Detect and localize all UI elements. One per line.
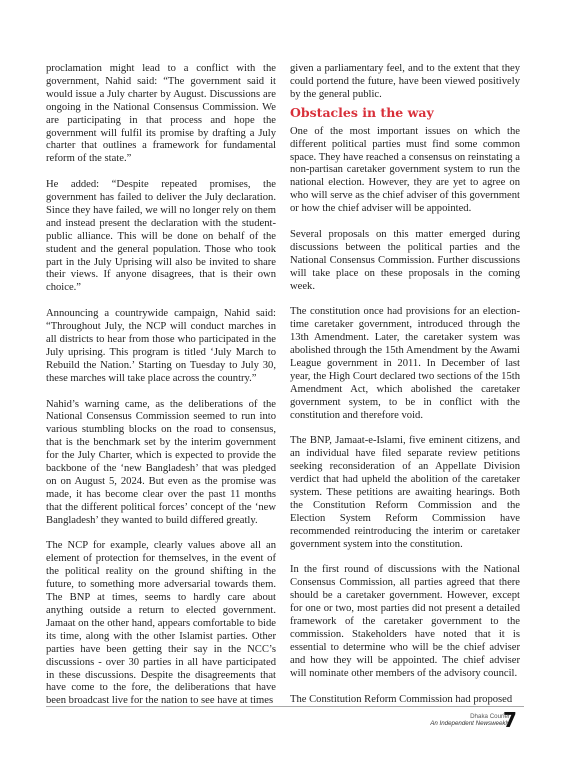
footer: Dhaka Courier An Independent Newsweekly — [430, 713, 510, 727]
page-number: 7 — [503, 710, 517, 730]
right-column: given a parliamentary feel, and to the e… — [290, 63, 520, 719]
footer-divider — [46, 706, 524, 707]
paragraph: One of the most important issues on whic… — [290, 126, 520, 216]
publication-name: Dhaka Courier — [430, 713, 510, 720]
paragraph: The BNP, Jamaat-e-Islami, five eminent c… — [290, 435, 520, 551]
paragraph: In the first round of discussions with t… — [290, 564, 520, 680]
paragraph: The constitution once had provisions for… — [290, 306, 520, 422]
paragraph: The Constitution Reform Commission had p… — [290, 694, 520, 707]
left-column: proclamation might lead to a conflict wi… — [46, 63, 276, 721]
publication-tagline: An Independent Newsweekly — [430, 720, 510, 727]
paragraph: The NCP for example, clearly values abov… — [46, 540, 276, 708]
magazine-page: proclamation might lead to a conflict wi… — [0, 0, 576, 770]
paragraph-intro: given a parliamentary feel, and to the e… — [290, 63, 520, 102]
section-heading: Obstacles in the way — [290, 106, 520, 120]
paragraph: He added: “Despite repeated promises, th… — [46, 179, 276, 295]
paragraph: proclamation might lead to a conflict wi… — [46, 63, 276, 166]
paragraph: Announcing a countrywide campaign, Nahid… — [46, 308, 276, 385]
paragraph: Nahid’s warning came, as the deliberatio… — [46, 399, 276, 528]
paragraph: Several proposals on this matter emerged… — [290, 229, 520, 294]
